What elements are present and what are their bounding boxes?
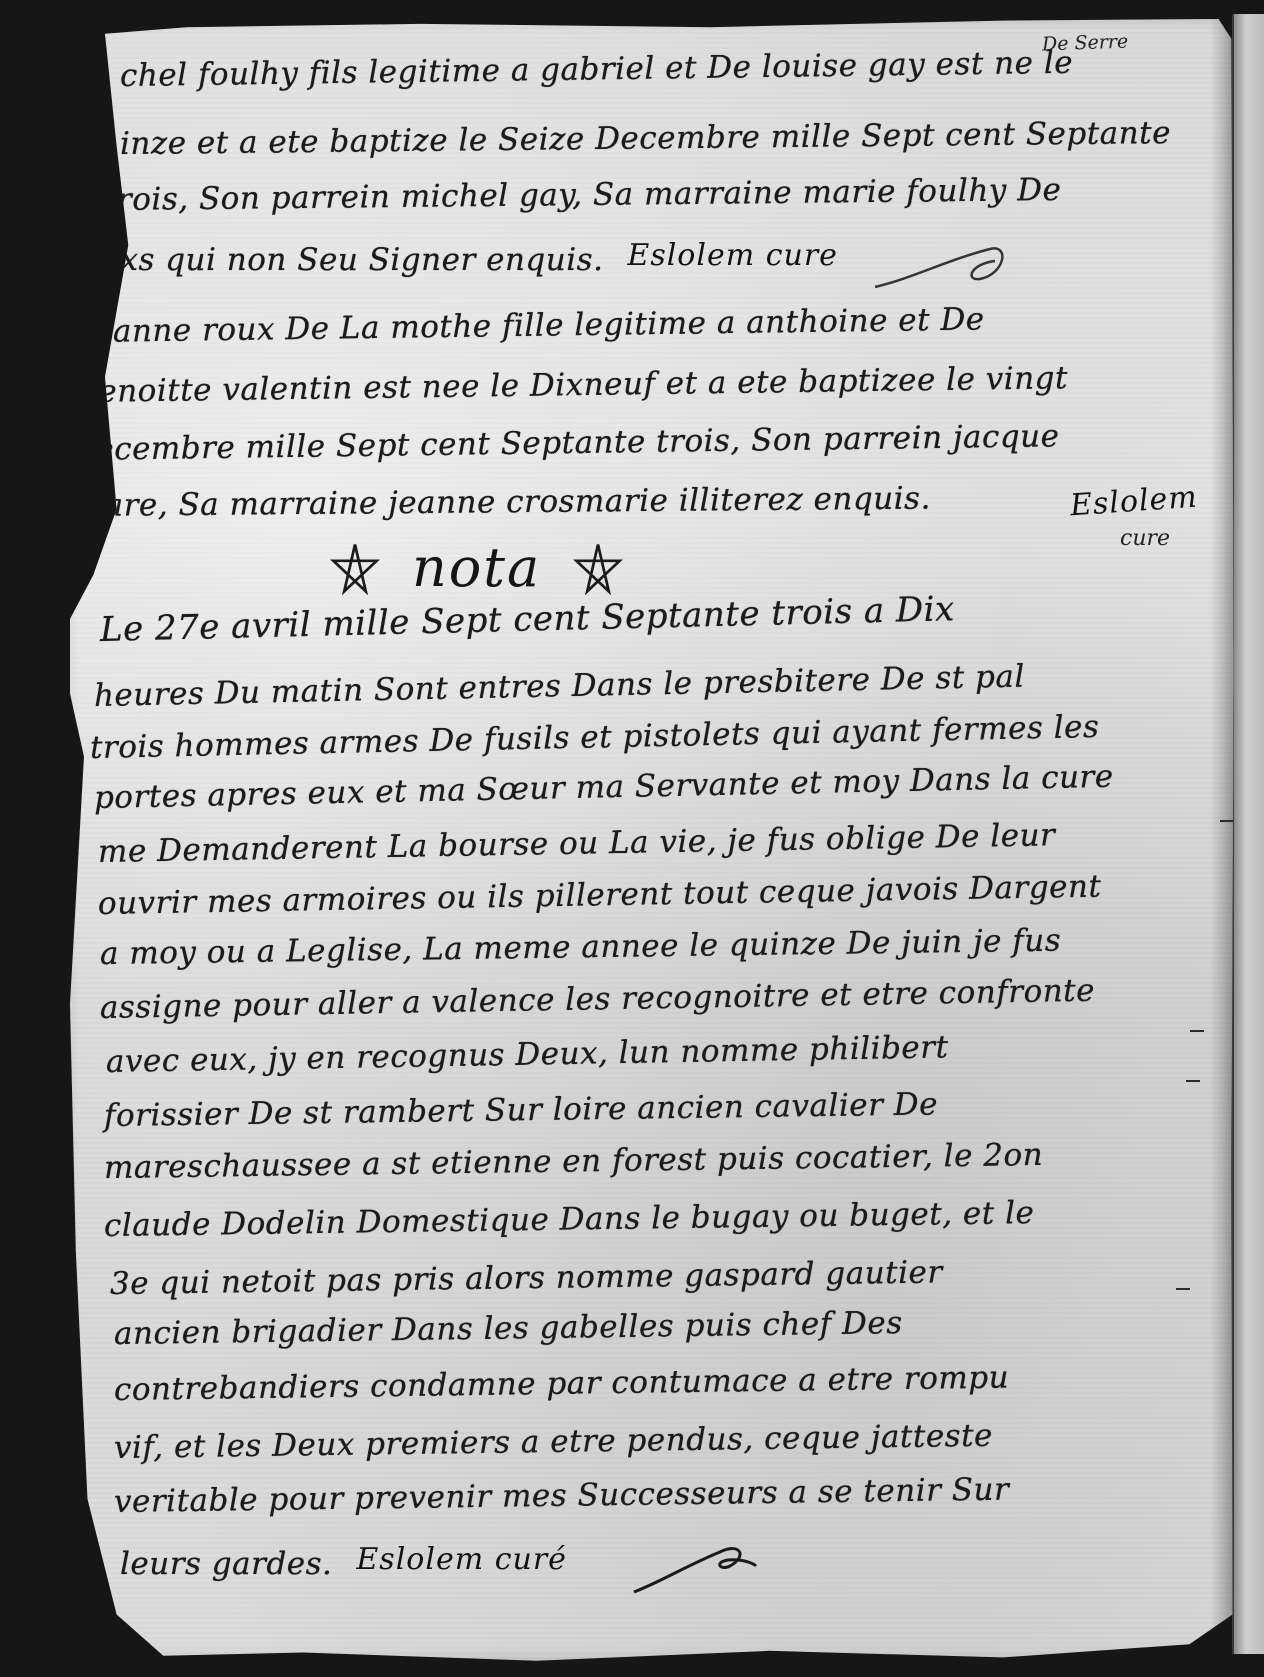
nota-line-4: portes apres eux et ma Sœur ma Servante …	[94, 759, 1114, 816]
nota-line-8: assigne pour aller a valence les recogno…	[100, 973, 1096, 1026]
nota-line-7: a moy ou a Leglise, La meme annee le qui…	[100, 923, 1062, 972]
nota-line-2: heures Du matin Sont entres Dans le pres…	[94, 659, 1026, 714]
entry-2-line-3: Decembre mille Sept cent Septante trois,…	[70, 418, 1060, 468]
nota-line-14: ancien brigadier Dans les gabelles puis …	[114, 1305, 903, 1352]
nota-signature: Eslolem curé	[356, 1542, 567, 1577]
nota-line-15: contrebandiers condamne par contumace a …	[114, 1360, 1010, 1408]
nota-line-6: ouvrir mes armoires ou ils pillerent tou…	[98, 868, 1102, 922]
margin-mark	[1186, 1080, 1200, 1082]
entry-2-signature-title: cure	[1120, 526, 1170, 551]
entry-2-line-4: Clare, Sa marraine jeanne crosmarie illi…	[70, 480, 931, 524]
nota-line-13: 3e qui netoit pas pris alors nomme gaspa…	[110, 1254, 943, 1302]
margin-mark	[1190, 1030, 1204, 1032]
nota-label: nota	[412, 536, 541, 599]
facing-page-edge	[1232, 14, 1264, 1654]
margin-mark	[1176, 1288, 1190, 1290]
entry-1-signature: Eslolem cure	[627, 238, 838, 273]
nota-line-3: trois hommes armes De fusils et pistolet…	[90, 709, 1100, 766]
pentagram-star-icon	[571, 541, 625, 595]
entry-1-line-2: inze et a ete baptize le Seize Decembre …	[120, 115, 1171, 162]
pentagram-star-icon	[328, 541, 382, 595]
page-text: De Serre chel foulhy fils legitime a gab…	[70, 14, 1236, 1664]
nota-line-17: veritable pour prevenir mes Successeurs …	[114, 1472, 1010, 1520]
nota-line-9: avec eux, jy en recognus Deux, lun nomme…	[106, 1029, 949, 1080]
entry-2-signature: Eslolem	[1069, 480, 1199, 524]
nota-line-10: forissier De st rambert Sur loire ancien…	[104, 1086, 938, 1134]
margin-mark	[1220, 820, 1234, 822]
register-page: De Serre chel foulhy fils legitime a gab…	[70, 14, 1236, 1664]
entry-1-line-4: uxs qui non Seu Signer enquis.	[100, 242, 603, 278]
nota-line-11: mareschaussee a st etienne en forest pui…	[104, 1137, 1044, 1186]
nota-line-16: vif, et les Deux premiers a etre pendus,…	[114, 1418, 993, 1466]
signature-flourish-icon	[630, 1534, 760, 1604]
nota-line-18: leurs gardes.	[120, 1546, 332, 1582]
entry-1-line-3: trois, Son parrein michel gay, Sa marrai…	[104, 172, 1062, 218]
nota-line-5: me Demanderent La bourse ou La vie, je f…	[98, 817, 1056, 870]
entry-1-line-1: chel foulhy fils legitime a gabriel et D…	[120, 45, 1074, 94]
nota-line-12: claude Dodelin Domestique Dans le bugay …	[104, 1195, 1035, 1244]
nota-heading: nota	[328, 536, 625, 599]
signature-flourish-icon	[870, 239, 1020, 299]
entry-2-line-2: benoitte valentin est nee le Dixneuf et …	[78, 360, 1068, 410]
entry-2-line-1: jeanne roux De La mothe fille legitime a…	[84, 301, 985, 350]
